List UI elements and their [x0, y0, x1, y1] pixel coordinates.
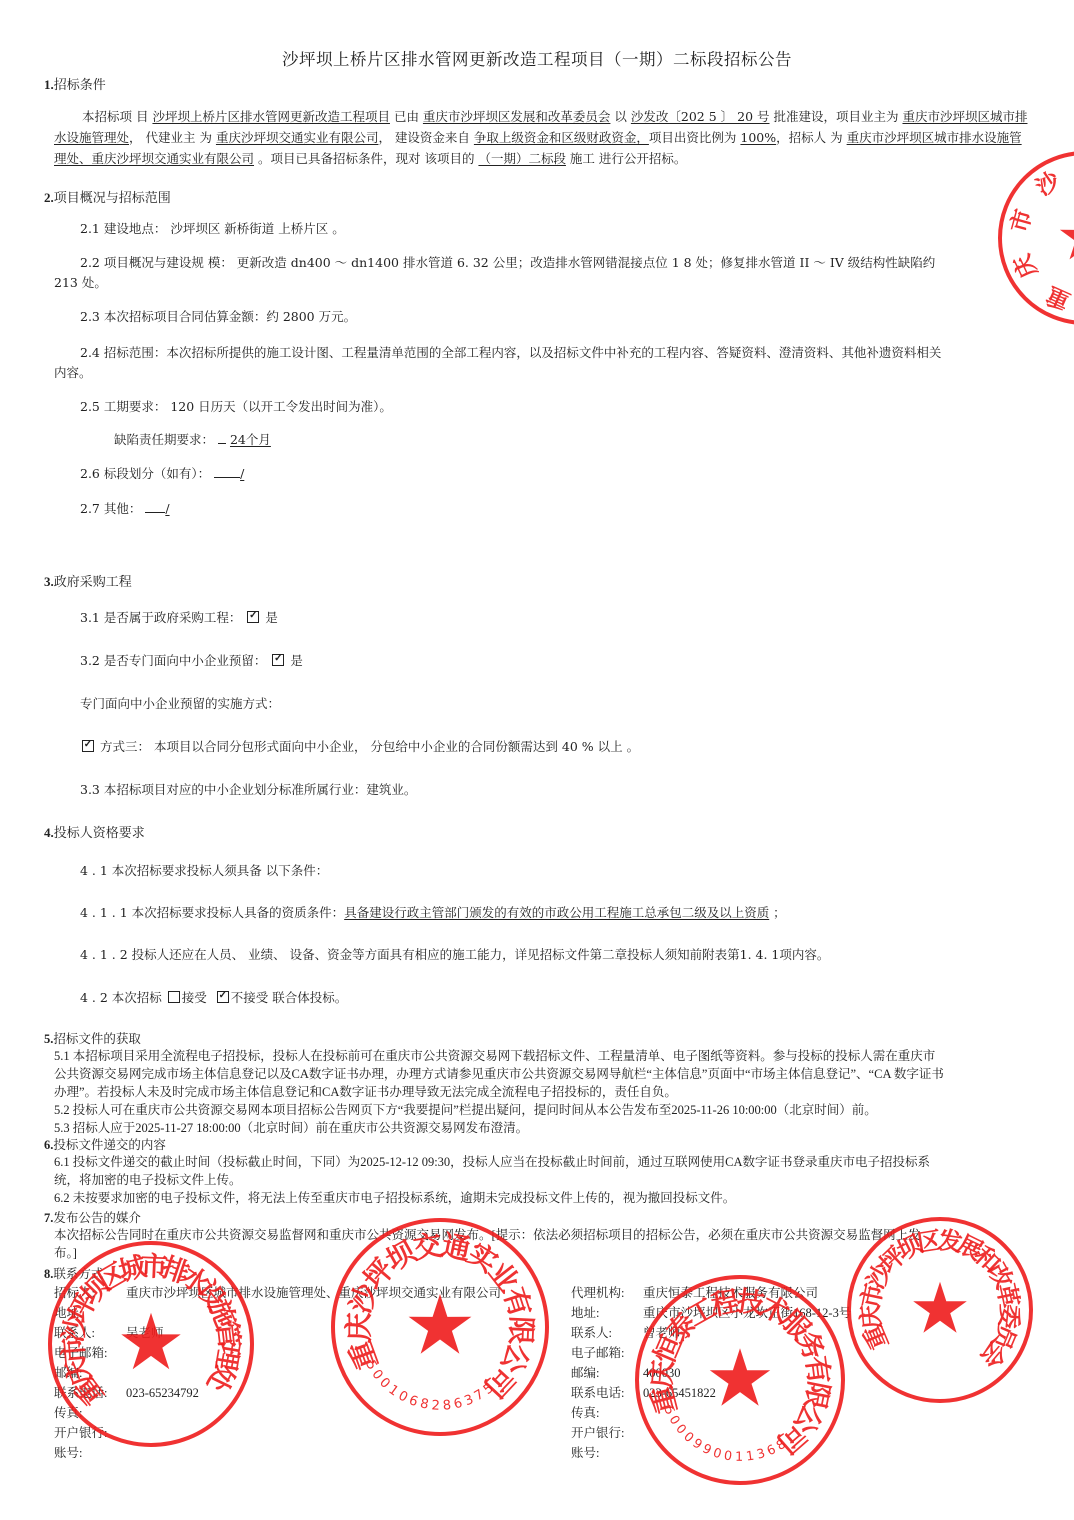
contact-value: 023-65234792 [126, 1386, 199, 1400]
funding-source: 争取上级资金和区级财政资金， [474, 130, 649, 145]
contact-row: 开户银行: [54, 1423, 564, 1443]
method-three: 方式三： 本项目以合同分包形式面向中小企业， 分包给中小企业的合同份额需达到 4… [80, 736, 639, 757]
item-2-2: 2.2 项目概况与建设规 模： 更新改造 dn400 ～ dn1400 排水管道… [80, 252, 1040, 273]
text: 。项目已具备招标条件，现对 该项目的 [254, 151, 478, 166]
section-number: 7. [44, 1211, 53, 1225]
contact-label: 招标人: [54, 1283, 126, 1303]
checkbox-checked-icon [82, 740, 94, 752]
contact-value: 重庆恒泰工程技术服务有限公司 [643, 1286, 818, 1300]
contact-value: 重庆市沙坪坝区城市排水设施管理处、重庆沙坪坝交通实业有限公司 [126, 1286, 501, 1300]
qualification: 具备建设行政主管部门颁发的有效的市政公用工程施工总承包二级及以上资质 [344, 905, 769, 920]
contact-label: 电子邮箱: [54, 1343, 126, 1363]
section-title: 招标条件 [54, 78, 106, 93]
section-number: 3. [44, 574, 54, 589]
section-title: 投标人资格要求 [54, 826, 145, 841]
contact-label: 联系人: [571, 1323, 643, 1343]
section-title: 政府采购工程 [54, 575, 132, 590]
text: ； [769, 905, 785, 920]
method-text: 方式三： 本项目以合同分包形式面向中小企业， 分包给中小企业的合同份额需达到 4… [100, 739, 639, 754]
line: 5.1 本招标项目采用全流程电子招投标，投标人在投标前可在重庆市公共资源交易网下… [54, 1048, 1044, 1065]
defect-value: 24个月 [230, 432, 271, 447]
contact-row: 代理机构:重庆恒泰工程技术服务有限公司 [571, 1283, 1051, 1303]
contact-value: 吴老师 [126, 1326, 164, 1340]
item-2-1: 2.1 建设地点： 沙坪坝区 新桥街道 上桥片区 。 [80, 218, 345, 239]
contact-row: 联系电话:023-65451822 [571, 1383, 1051, 1403]
section-number: 6. [44, 1138, 53, 1152]
item-2-2-cont: 213 处。 [54, 272, 107, 293]
contact-label: 电子邮箱: [571, 1343, 643, 1363]
checkbox-checked-icon [272, 654, 284, 666]
section-4-heading: 4.投标人资格要求 [44, 822, 145, 841]
item-value: / [240, 463, 274, 484]
checkbox-checked-icon [217, 991, 229, 1003]
contact-label: 地址: [54, 1303, 126, 1323]
contact-label: 邮编: [571, 1363, 643, 1383]
item-label: 2.7 其他： [80, 501, 141, 516]
contact-row: 电子邮箱: [54, 1343, 564, 1363]
line: 6.2 未按要求加密的电子投标文件，将无法上传至重庆市电子招投标系统，逾期未完成… [54, 1190, 1044, 1207]
item-value: 是 [290, 653, 303, 668]
contact-row: 联系电话:023-65234792 [54, 1383, 564, 1403]
approval-number: 沙发改〔202 5 〕 20 号 [631, 109, 770, 124]
contact-value: 023-65451822 [643, 1386, 716, 1400]
section-title: 联系方式 [53, 1267, 103, 1281]
project-name: 沙坪坝上桥片区排水管网更新改造工程项目 [152, 109, 390, 124]
text: 本招标项 目 [82, 109, 152, 124]
contact-label: 账号: [54, 1443, 126, 1463]
line: 办理”。若投标人未及时完成市场主体信息登记和CA数字证书办理导致无法完成全流程电… [54, 1084, 1044, 1101]
method-label: 专门面向中小企业预留的实施方式： [80, 693, 280, 714]
contact-row: 地址: [54, 1303, 564, 1323]
section-5-heading: 5.招标文件的获取 [44, 1031, 141, 1048]
svg-text:沙: 沙 [1031, 166, 1065, 201]
item-label: 4 . 2 本次招标 [80, 990, 166, 1005]
item-2-7: 2.7 其他： / [80, 498, 207, 519]
contact-row: 邮编: [54, 1363, 564, 1383]
accept-option: 接受 [182, 990, 207, 1005]
contact-label: 账号: [571, 1443, 643, 1463]
contact-value: 曾老师 [643, 1326, 681, 1340]
contact-row: 账号: [571, 1443, 1051, 1463]
contact-label: 传真: [54, 1403, 126, 1423]
contact-row: 邮编:400030 [571, 1363, 1051, 1383]
item-2-3: 2.3 本次招标项目合同估算金额：约 2800 万元。 [80, 306, 356, 327]
contact-label: 地址: [571, 1303, 643, 1323]
text: ， 建设资金来自 [378, 130, 473, 145]
item-label: 3.2 是否专门面向中小企业预留： [80, 653, 266, 668]
section-title: 项目概况与招标范围 [54, 191, 171, 206]
line: 本次招标公告同时在重庆市公共资源交易监督网和重庆市公共资源交易网发布。[提示：依… [54, 1227, 1044, 1244]
contact-row: 联系人:曾老师 [571, 1323, 1051, 1343]
section-7-body: 本次招标公告同时在重庆市公共资源交易监督网和重庆市公共资源交易网发布。[提示：依… [54, 1227, 1044, 1262]
defect-label: 缺陷责任期要求： [114, 432, 214, 447]
blank-line [145, 500, 165, 513]
svg-text:重: 重 [1043, 281, 1074, 314]
contact-label: 代理机构: [571, 1283, 643, 1303]
funding-ratio: 100% [740, 130, 776, 145]
section-1-paragraph: 本招标项 目 沙坪坝上桥片区排水管网更新改造工程项目 已由 重庆市沙坪坝区发展和… [54, 106, 1034, 169]
line: 统，将加密的电子投标文件上传。 [54, 1172, 1044, 1189]
text: 批准建设，项目业主为 [770, 109, 903, 124]
section-8-heading: 8.联系方式 [44, 1266, 103, 1283]
svg-text:市: 市 [1007, 206, 1038, 235]
text: 已由 [390, 109, 423, 124]
section-number: 1. [44, 77, 54, 92]
line: 公共资源交易网完成市场主体信息登记以及CA数字证书办理，办理方式请参见重庆市公共… [54, 1066, 1044, 1083]
line: 布。] [54, 1245, 1044, 1262]
section-1-heading: 1.招标条件 [44, 74, 106, 93]
blank-line [214, 465, 240, 478]
section-number: 4. [44, 825, 54, 840]
contact-value: 重庆市沙坪坝区小龙坎正街168-12-3号 [643, 1306, 851, 1320]
contact-row: 传真: [571, 1403, 1051, 1423]
item-2-4: 2.4 招标范围：本次招标所提供的施工设计图、工程量清单范围的全部工程内容，以及… [80, 342, 1040, 363]
section-number: 5. [44, 1032, 53, 1046]
contact-label: 邮编: [54, 1363, 126, 1383]
item-4-1: 4 . 1 本次招标要求投标人须具备 以下条件： [80, 860, 328, 881]
contact-value: 400030 [643, 1366, 681, 1380]
contact-row: 账号: [54, 1443, 564, 1463]
item-4-2: 4 . 2 本次招标 接受 不接受 联合体投标。 [80, 987, 347, 1008]
seal-stamp-icon: 重庆市沙坪坝区 [985, 148, 1074, 328]
defect-period: 缺陷责任期要求： 24个月 [114, 429, 271, 450]
text: 项目出资比例为 [649, 130, 740, 145]
text: 施工 进行公开招标。 [566, 151, 686, 166]
contact-agency: 代理机构:重庆恒泰工程技术服务有限公司地址:重庆市沙坪坝区小龙坎正街168-12… [571, 1283, 1051, 1463]
contact-label: 开户银行: [571, 1423, 643, 1443]
section-title: 招标文件的获取 [53, 1032, 141, 1046]
contact-label: 联系人: [54, 1323, 126, 1343]
line: 6.1 投标文件递交的截止时间（投标截止时间，下同）为2025-12-12 09… [54, 1154, 1044, 1171]
contact-row: 招标人:重庆市沙坪坝区城市排水设施管理处、重庆沙坪坝交通实业有限公司 [54, 1283, 564, 1303]
text: 联合体投标。 [268, 990, 347, 1005]
line: 5.3 招标人应于2025-11-27 18:00:00（北京时间）前在重庆市公… [54, 1120, 1044, 1137]
contact-row: 传真: [54, 1403, 564, 1423]
section-number: 2. [44, 190, 54, 205]
checkbox-unchecked-icon [168, 991, 180, 1003]
item-3-3: 3.3 本招标项目对应的中小企业划分标准所属行业：建筑业。 [80, 779, 416, 800]
item-label: 3.1 是否属于政府采购工程： [80, 610, 241, 625]
item-value: / [165, 498, 207, 519]
section-title: 发布公告的媒介 [53, 1211, 141, 1225]
contact-row: 开户银行: [571, 1423, 1051, 1443]
item-label: 2.6 标段划分（如有）： [80, 466, 210, 481]
item-2-5: 2.5 工期要求： 120 日历天（以开工令发出时间为准）。 [80, 396, 392, 417]
section-2-heading: 2.项目概况与招标范围 [44, 187, 171, 206]
section-6-heading: 6.投标文件递交的内容 [44, 1137, 166, 1154]
section-3-heading: 3.政府采购工程 [44, 571, 132, 590]
item-3-2: 3.2 是否专门面向中小企业预留： 是 [80, 650, 303, 671]
item-2-6: 2.6 标段划分（如有）： / [80, 463, 274, 484]
section-7-heading: 7.发布公告的媒介 [44, 1210, 141, 1227]
text: 以 [610, 109, 630, 124]
contact-label: 联系电话: [571, 1383, 643, 1403]
item-label: 4 . 1 . 1 本次招标要求投标人具备的资质条件： [80, 905, 344, 920]
item-4-1-1: 4 . 1 . 1 本次招标要求投标人具备的资质条件：具备建设行政主管部门颁发的… [80, 902, 786, 923]
item-4-1-2: 4 . 1 . 2 投标人还应在人员、 业绩、 设备、资金等方面具有相应的施工能… [80, 944, 829, 965]
section-5-body: 5.1 本招标项目采用全流程电子招投标，投标人在投标前可在重庆市公共资源交易网下… [54, 1048, 1044, 1137]
document-title: 沙坪坝上桥片区排水管网更新改造工程项目（一期）二标段招标公告 [0, 46, 1074, 70]
contact-row: 电子邮箱: [571, 1343, 1051, 1363]
section-number: 8. [44, 1267, 53, 1281]
approver: 重庆市沙坪坝区发展和改革委员会 [423, 109, 611, 124]
item-value: 是 [265, 610, 278, 625]
item-3-1: 3.1 是否属于政府采购工程： 是 [80, 607, 278, 628]
agent-owner: 重庆沙坪坝交通实业有限公司 [216, 130, 379, 145]
contact-tenderer: 招标人:重庆市沙坪坝区城市排水设施管理处、重庆沙坪坝交通实业有限公司地址:联系人… [54, 1283, 564, 1463]
checkbox-checked-icon [247, 611, 259, 623]
contact-row: 联系人:吴老师 [54, 1323, 564, 1343]
reject-option: 不接受 [231, 990, 269, 1005]
text: ，招标人 为 [776, 130, 846, 145]
contact-label: 传真: [571, 1403, 643, 1423]
text: ， 代建业主 为 [129, 130, 216, 145]
contact-label: 联系电话: [54, 1383, 126, 1403]
section-title: 投标文件递交的内容 [53, 1138, 166, 1152]
contact-label: 开户银行: [54, 1423, 126, 1443]
blank-line [218, 431, 226, 444]
contact-row: 地址:重庆市沙坪坝区小龙坎正街168-12-3号 [571, 1303, 1051, 1323]
item-2-4-cont: 内容。 [54, 362, 92, 383]
bid-section: （一期）二标段 [478, 151, 566, 166]
line: 5.2 投标人可在重庆市公共资源交易网本项目招标公告网页下方“我要提问”栏提出疑… [54, 1102, 1044, 1119]
section-6-body: 6.1 投标文件递交的截止时间（投标截止时间，下同）为2025-12-12 09… [54, 1154, 1044, 1207]
